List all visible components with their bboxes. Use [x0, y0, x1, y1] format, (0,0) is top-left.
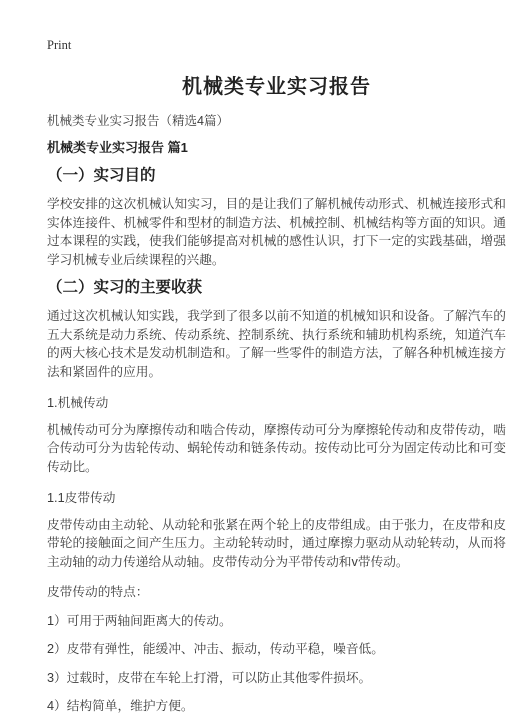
document-title: 机械类专业实习报告 — [47, 75, 506, 99]
subsection-1-heading: 1.机械传动 — [47, 394, 506, 413]
belt-features-label: 皮带传动的特点： — [47, 583, 506, 602]
print-link[interactable]: Print — [47, 38, 71, 52]
part-1-heading: 机械类专业实习报告 篇1 — [47, 139, 506, 157]
subsection-1-1-paragraph: 皮带传动由主动轮、从动轮和张紧在两个轮上的皮带组成。由于张力，在皮带和皮带轮的接… — [47, 516, 506, 572]
belt-feature-item-1: 1）可用于两轴间距离大的传动。 — [47, 612, 506, 631]
subsection-1-paragraph: 机械传动可分为摩擦传动和啮合传动，摩擦传动可分为摩擦轮传动和皮带传动，啮合传动可… — [47, 421, 506, 477]
document-page: Print 机械类专业实习报告 机械类专业实习报告（精选4篇） 机械类专业实习报… — [0, 0, 520, 718]
section-2-heading: （二）实习的主要收获 — [47, 277, 506, 299]
collection-subtitle: 机械类专业实习报告（精选4篇） — [47, 112, 506, 130]
section-1-paragraph: 学校安排的这次机械认知实习，目的是让我们了解机械传动形式、机械连接形式和实体连接… — [47, 195, 506, 269]
belt-feature-item-3: 3）过载时，皮带在车轮上打滑，可以防止其他零件损坏。 — [47, 669, 506, 688]
section-1-heading: （一）实习目的 — [47, 165, 506, 187]
belt-feature-item-2: 2）皮带有弹性，能缓冲、冲击、振动，传动平稳，噪音低。 — [47, 640, 506, 659]
section-2-paragraph: 通过这次机械认知实践，我学到了很多以前不知道的机械知识和设备。了解汽车的五大系统… — [47, 307, 506, 381]
subsection-1-1-heading: 1.1皮带传动 — [47, 489, 506, 508]
belt-feature-item-4: 4）结构简单，维护方便。 — [47, 697, 506, 716]
